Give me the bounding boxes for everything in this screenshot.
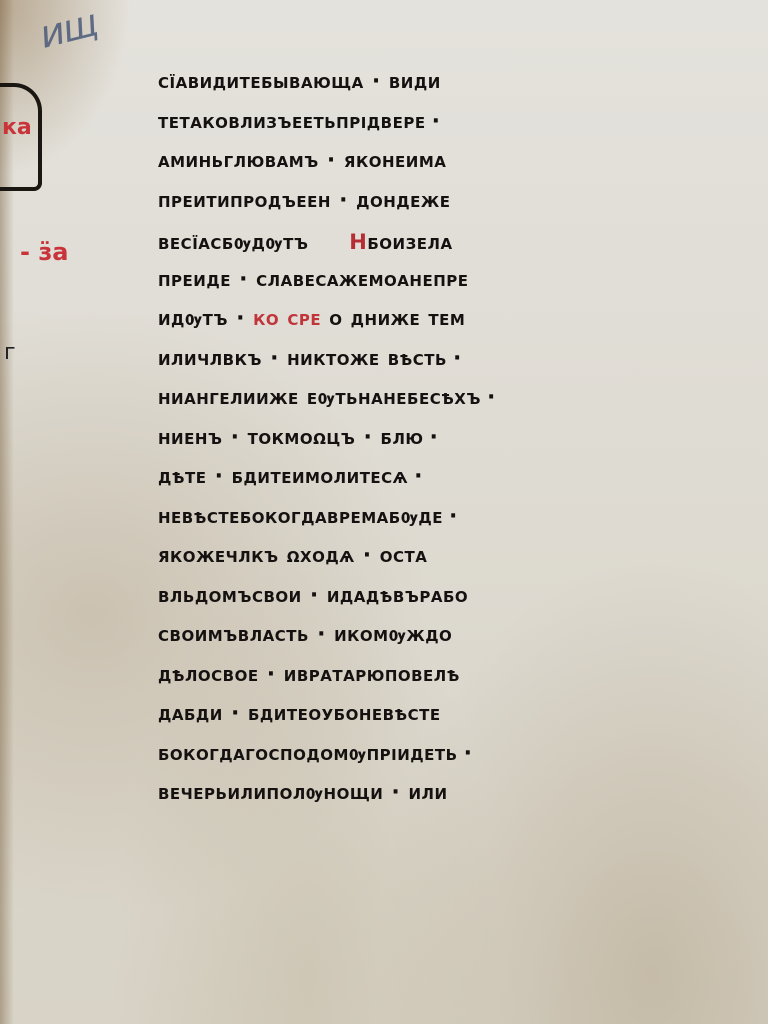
text-line: весїасбѹдѹтъ Нбоизела [158,220,698,260]
line-text: дѣте · бдитеимолитесѧ [158,464,408,489]
text-line: дабди · бдитеоубоневѣсте [158,694,698,734]
rubric-text: ко сре [253,306,321,331]
manuscript-page: ищ ка - ӟа г сїавидитебывающа · види тет… [0,0,768,1024]
punctuation: · [414,464,423,489]
line-text: ниангелииже еѹтьнанебесѣхъ [158,385,481,410]
line-text: преитипродъеен · дондеже [158,188,451,213]
text-line: вечерьилиполѹнощи · или [158,773,698,813]
text-line: якожечлкъ ωходѧ · оста [158,536,698,576]
text-line: ниенъ · токмоωцъ · блю· [158,418,698,458]
line-text: сїавидитебывающа · види [158,69,441,94]
margin-rubric: ка [2,115,32,140]
text-line: преиде · славесажемоанепре [158,260,698,300]
text-line: аминьглювамъ · яконеима [158,141,698,181]
punctuation: · [430,425,439,450]
punctuation: · [432,109,441,134]
text-line: невѣстебокогдавремабѹде· [158,497,698,537]
line-text: дабди · бдитеоубоневѣсте [158,701,441,726]
line-text: своимъвласть · икомѹждо [158,622,452,647]
text-column: сїавидитебывающа · види тетаковлизъеетьп… [158,62,698,813]
rubric-initial: Н [349,222,367,257]
text-line: дѣлосвое · ивратарюповелѣ [158,655,698,695]
line-text: о дниже тем [329,306,465,331]
text-line: ниангелииже еѹтьнанебесѣхъ· [158,378,698,418]
line-text: ниенъ · токмоωцъ · блю [158,425,424,450]
line-text: дѣлосвое · ивратарюповелѣ [158,662,460,687]
line-text: вечерьилиполѹнощи · или [158,780,448,805]
line-text: боизела [367,230,452,255]
line-text: бокогдагосподомѹпріидеть [158,741,458,766]
line-text: преиде · славесажемоанепре [158,267,469,292]
margin-rubric-2: - ӟа [20,238,68,266]
margin-note-bracket: ка [0,75,60,205]
line-text: вльдомъсвои · идадѣвърабо [158,583,468,608]
text-line: преитипродъеен · дондеже [158,181,698,221]
punctuation: · [453,346,462,371]
text-line: вльдомъсвои · идадѣвърабо [158,576,698,616]
punctuation: · [487,385,496,410]
margin-scribble: ищ [35,0,155,67]
text-line: своимъвласть · икомѹждо [158,615,698,655]
line-text: тетаковлизъеетьпрідвере [158,109,426,134]
line-text: аминьглювамъ · яконеима [158,148,446,173]
margin-letter: г [4,340,16,365]
text-line: сїавидитебывающа · види [158,62,698,102]
punctuation: · [464,741,473,766]
line-text: иличлвкъ · никтоже вѣсть [158,346,447,371]
text-line: дѣте · бдитеимолитесѧ· [158,457,698,497]
punctuation: · [449,504,458,529]
line-text: весїасбѹдѹтъ [158,230,308,255]
text-line: иличлвкъ · никтоже вѣсть· [158,339,698,379]
text-line: тетаковлизъеетьпрідвере· [158,102,698,142]
text-line: бокогдагосподомѹпріидеть· [158,734,698,774]
line-text: идѹтъ · [158,306,245,331]
text-line: идѹтъ · ко сре о дниже тем [158,299,698,339]
line-text: якожечлкъ ωходѧ · оста [158,543,427,568]
line-text: невѣстебокогдавремабѹде [158,504,443,529]
